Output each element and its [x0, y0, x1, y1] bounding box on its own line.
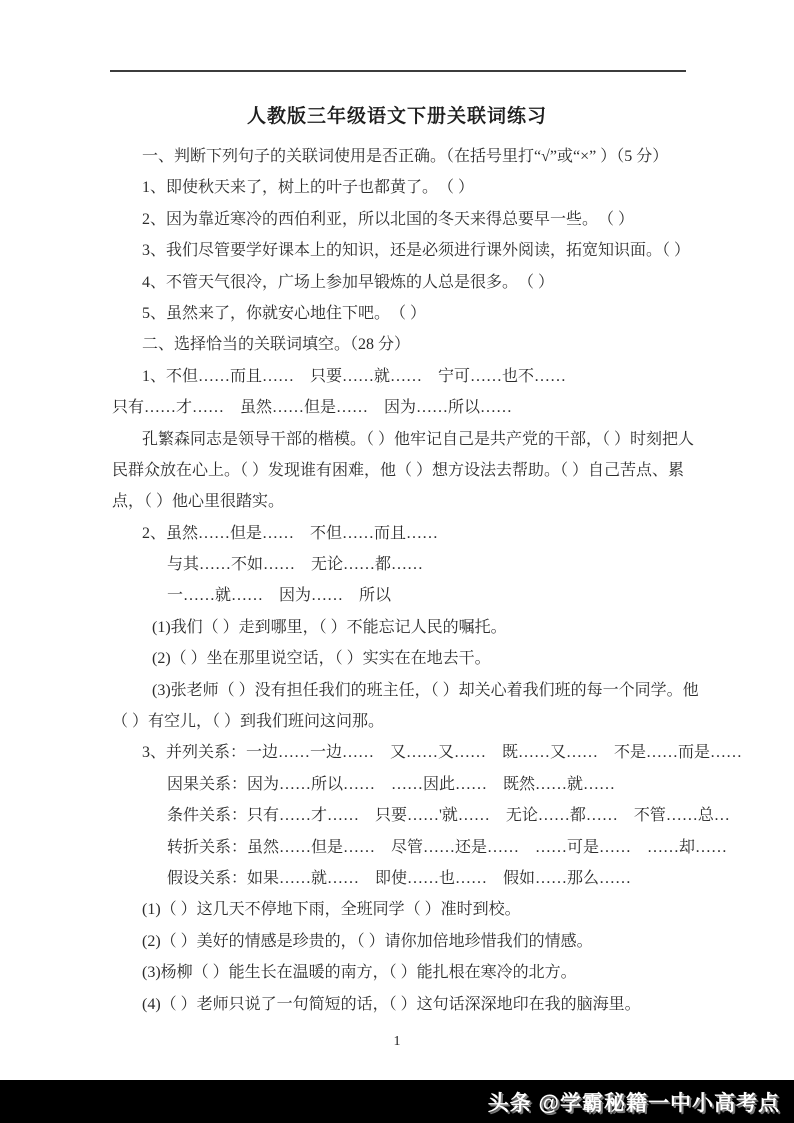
text-line: （ ）有空儿，（ ）到我们班问这问那。 — [112, 706, 692, 737]
text-line: 1、不但……而且…… 只要……就…… 宁可……也不…… — [112, 361, 692, 392]
document-lines: 一、判断下列句子的关联词使用是否正确。（在括号里打“√”或“×” ）（5 分）1… — [112, 141, 692, 1020]
text-line: 4、不管天气很冷，广场上参加早锻炼的人总是很多。 （ ） — [112, 267, 692, 298]
text-line: 5、虽然来了，你就安心地住下吧。 （ ） — [112, 298, 692, 329]
document-page: 人教版三年级语文下册关联词练习 一、判断下列句子的关联词使用是否正确。（在括号里… — [0, 0, 794, 1123]
text-line: (2)（ ）坐在那里说空话，（ ）实实在在地去干。 — [112, 643, 692, 674]
text-line: 二、选择恰当的关联词填空。（28 分） — [112, 329, 692, 360]
text-line: 点，（ ）他心里很踏实。 — [112, 486, 692, 517]
text-line: (1)我们（ ）走到哪里，（ ）不能忘记人民的嘱托。 — [112, 612, 692, 643]
header-rule — [110, 70, 686, 72]
text-line: (4)（ ）老师只说了一句简短的话，（ ）这句话深深地印在我的脑海里。 — [112, 989, 692, 1020]
text-line: 一……就…… 因为…… 所以 — [112, 580, 692, 611]
text-line: 假设关系：如果……就…… 即使……也…… 假如……那么…… — [112, 863, 692, 894]
text-line: 转折关系：虽然……但是…… 尽管……还是…… ……可是…… ……却…… — [112, 832, 692, 863]
text-line: (1)（ ）这几天不停地下雨，全班同学（ ）准时到校。 — [112, 894, 692, 925]
text-line: 民群众放在心上。（ ）发现谁有困难，他（ ）想方设法去帮助。（ ）自己苦点、累 — [112, 455, 692, 486]
watermark-bar: 头条 @学霸秘籍一中小高考点 — [0, 1080, 794, 1123]
text-line: 2、因为靠近寒冷的西伯利亚，所以北国的冬天来得总要早一些。 （ ） — [112, 204, 692, 235]
text-line: (3)张老师（ ）没有担任我们的班主任，（ ）却关心着我们班的每一个同学。他 — [112, 675, 692, 706]
page-title: 人教版三年级语文下册关联词练习 — [0, 101, 794, 128]
text-line: 2、虽然……但是…… 不但……而且…… — [112, 518, 692, 549]
text-line: 条件关系：只有……才…… 只要……'就…… 无论……都…… 不管……总… — [112, 800, 692, 831]
page-number: 1 — [0, 1034, 794, 1050]
text-line: (2)（ ）美好的情感是珍贵的，（ ）请你加倍地珍惜我们的情感。 — [112, 926, 692, 957]
text-line: 与其……不如…… 无论……都…… — [112, 549, 692, 580]
text-line: 3、我们尽管要学好课本上的知识，还是必须进行课外阅读，拓宽知识面。（ ） — [112, 235, 692, 266]
text-line: 1、即使秋天来了，树上的叶子也都黄了。 （ ） — [112, 172, 692, 203]
text-line: 3、并列关系：一边……一边…… 又……又…… 既……又…… 不是……而是…… — [112, 737, 692, 768]
text-line: 孔繁森同志是领导干部的楷模。（ ）他牢记自己是共产党的干部，（ ）时刻把人 — [112, 424, 692, 455]
text-line: (3)杨柳（ ）能生长在温暖的南方，（ ）能扎根在寒冷的北方。 — [112, 957, 692, 988]
text-line: 一、判断下列句子的关联词使用是否正确。（在括号里打“√”或“×” ）（5 分） — [112, 141, 692, 172]
text-line: 只有……才…… 虽然……但是…… 因为……所以…… — [112, 392, 692, 423]
text-line: 因果关系：因为……所以…… ……因此…… 既然……就…… — [112, 769, 692, 800]
watermark-text: 头条 @学霸秘籍一中小高考点 — [488, 1087, 780, 1117]
